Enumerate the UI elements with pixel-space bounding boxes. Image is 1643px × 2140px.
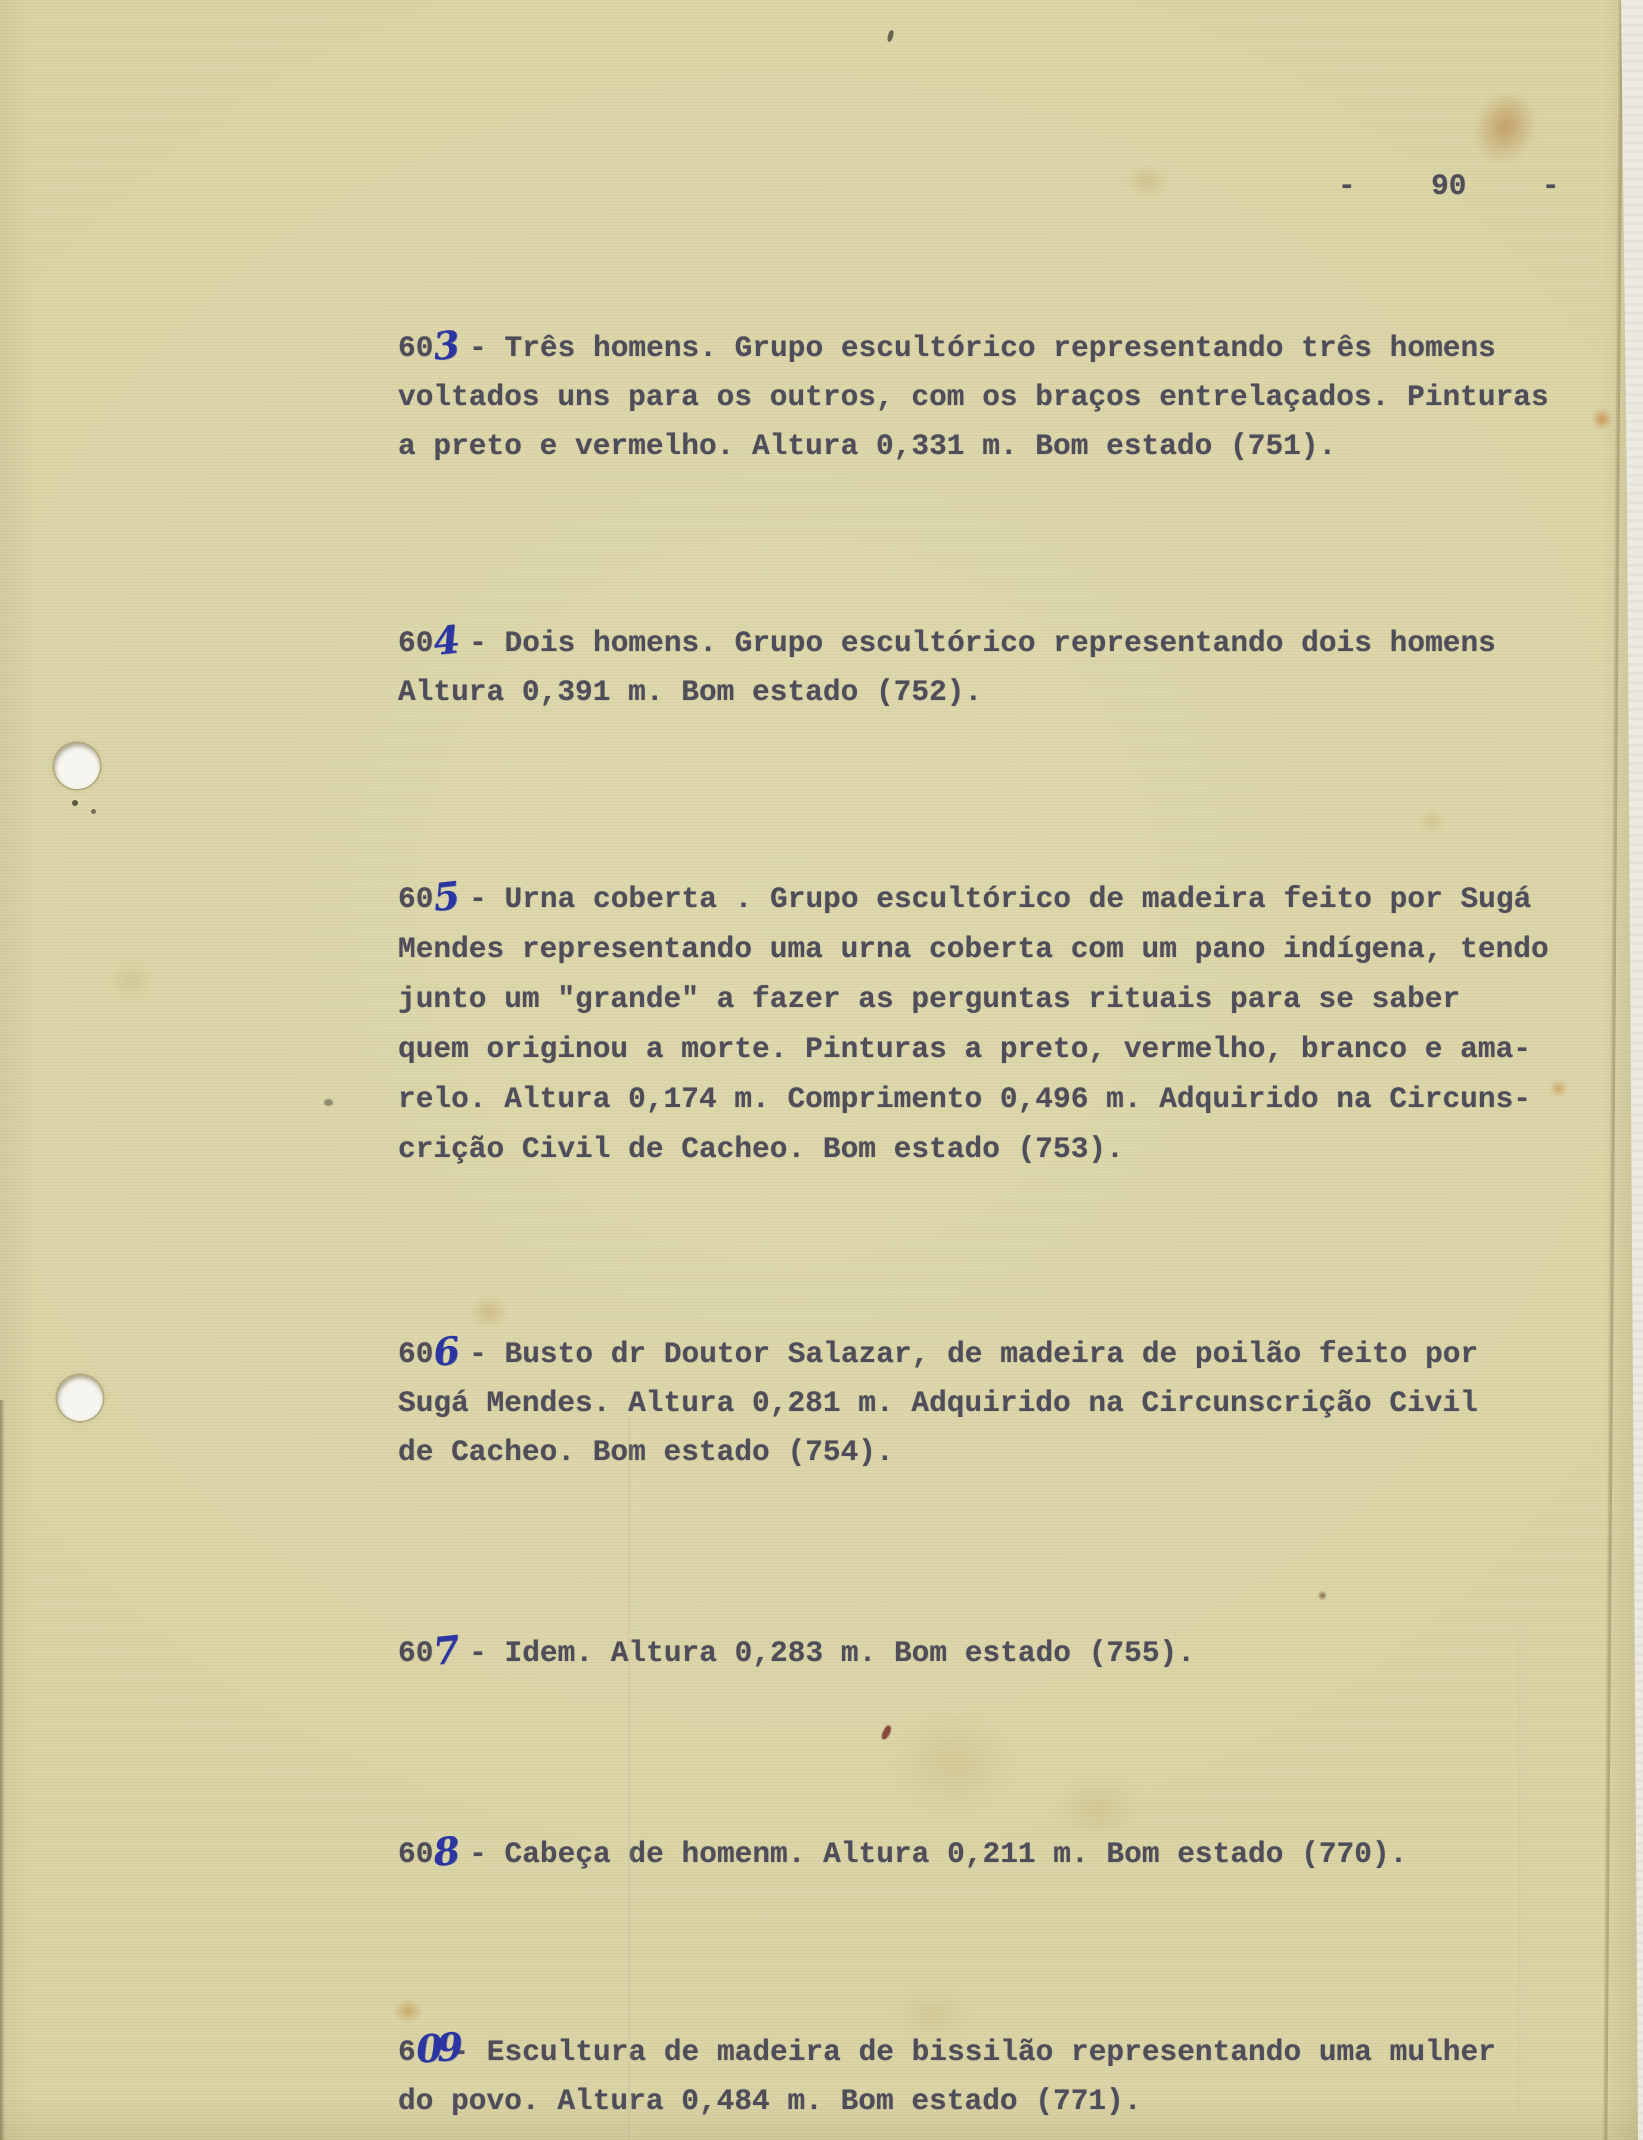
entry-number-handwritten: 5 [431,871,454,923]
entry-text: - Cabeça de homenm. Altura 0,211 m. Bom … [451,1837,1407,1871]
scanned-page-stage: - 90 - 603 - Três homens. Grupo escultór… [0,0,1643,2140]
entry-text: - Escultura de madeira de bissilão repre… [398,2035,1496,2118]
entry-number-handwritten: 8 [431,1826,454,1877]
entry-number-handwritten: 09 [414,2023,435,2073]
entry-text: - Dois homens. Grupo escultórico represe… [398,626,1496,709]
catalog-entry: 606 - Busto dr Doutor Salazar, de madeir… [398,1324,1608,1477]
document-page: - 90 - 603 - Três homens. Grupo escultór… [0,0,1643,2140]
punch-hole [57,1375,103,1421]
entry-number-typed: 60 [398,1837,433,1871]
catalog-entry: 605 - Urna coberta . Grupo escultórico d… [398,869,1608,1174]
entry-text: - Idem. Altura 0,283 m. Bom estado (755)… [451,1636,1195,1670]
entry-text: - Três homens. Grupo escultórico represe… [398,331,1549,463]
entry-number-typed: 6 [398,2035,416,2069]
entry-number-typed: 60 [398,626,433,660]
entry-number-handwritten: 6 [431,1326,454,1377]
catalog-entry: 603 - Três homens. Grupo escultórico rep… [398,318,1608,471]
entry-number-typed: 60 [398,1337,433,1371]
catalog-entry: 609 - Escultura de madeira de bissilão r… [398,2022,1608,2126]
entry-number-handwritten: 7 [431,1625,454,1676]
catalog-entry: 607 - Idem. Altura 0,283 m. Bom estado (… [398,1623,1608,1678]
entry-number-typed: 60 [398,1636,433,1670]
catalog-entries: 603 - Três homens. Grupo escultórico rep… [0,0,1643,2140]
entry-text: - Urna coberta . Grupo escultórico de ma… [398,882,1549,1166]
entry-number-handwritten: 3 [431,320,454,371]
entry-number-typed: 60 [398,882,433,916]
entry-text: - Busto dr Doutor Salazar, de madeira de… [398,1337,1478,1469]
punch-hole [54,743,100,789]
catalog-entry: 608 - Cabeça de homenm. Altura 0,211 m. … [398,1824,1608,1879]
entry-number-typed: 60 [398,331,433,365]
entry-number-handwritten: 4 [431,615,454,666]
catalog-entry: 604 - Dois homens. Grupo escultórico rep… [398,613,1608,717]
